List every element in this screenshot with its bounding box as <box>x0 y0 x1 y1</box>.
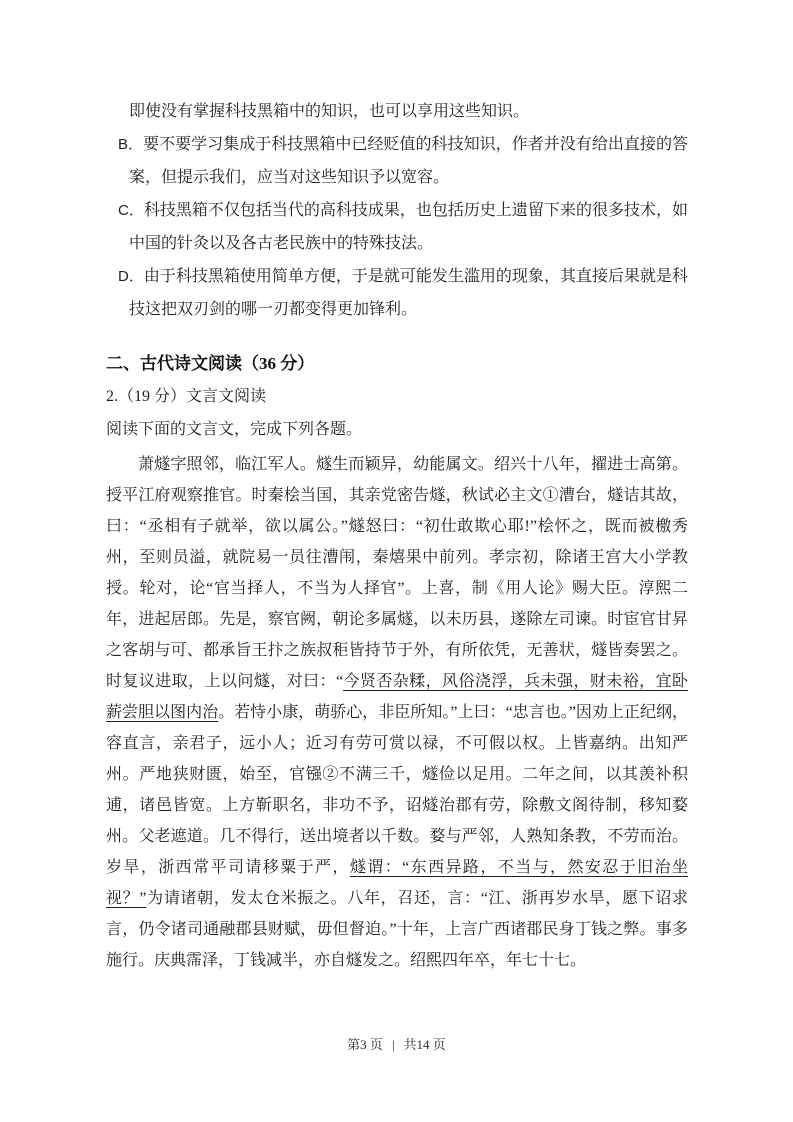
option-d-label: D． <box>118 268 144 285</box>
option-b-label: B． <box>118 136 143 153</box>
passage-segment-1: 萧燧字照邻，临江军人。燧生而颖异，幼能属文。绍兴十八年，擢进士高第。授平江府观察… <box>106 456 688 690</box>
document-page: 即使没有掌握科技黑箱中的知识，也可以享用这些知识。 B．要不要学习集成于科技黑箱… <box>0 0 793 1122</box>
option-c: C．科技黑箱不仅包括当代的高科技成果，也包括历史上遗留下来的很多技术，如中国的针… <box>106 194 688 260</box>
classical-passage: 萧燧字照邻，临江军人。燧生而颖异，幼能属文。绍兴十八年，擢进士高第。授平江府观察… <box>106 449 688 976</box>
page-footer: 第3 页|共14 页 <box>0 1035 793 1055</box>
option-d: D．由于科技黑箱使用简单方便，于是就可能发生滥用的现象，其直接后果就是科技这把双… <box>106 260 688 326</box>
page-number-current: 第3 页 <box>347 1037 383 1052</box>
reading-instruction: 阅读下面的文言文，完成下列各题。 <box>106 413 688 446</box>
footer-separator: | <box>392 1035 395 1055</box>
option-d-text: 由于科技黑箱使用简单方便，于是就可能发生滥用的现象，其直接后果就是科技这把双刃剑… <box>129 268 688 318</box>
passage-segment-2: 。若恃小康，萌骄心，非臣所知。”上曰：“忠言也。”因劝上正纪纲，容直言，亲君子，… <box>106 704 688 876</box>
passage-segment-3: 为请诸朝，发太仓米振之。八年，召还，言：“江、浙再岁水旱，愿下诏求言，仍令诸司通… <box>106 890 688 969</box>
option-b: B．要不要学习集成于科技黑箱中已经贬值的科技知识，作者并没有给出直接的答案，但提… <box>106 128 688 194</box>
option-c-text: 科技黑箱不仅包括当代的高科技成果，也包括历史上遗留下来的很多技术，如中国的针灸以… <box>129 202 688 252</box>
page-number-total: 共14 页 <box>404 1037 446 1052</box>
option-c-label: C． <box>118 202 144 219</box>
option-b-text: 要不要学习集成于科技黑箱中已经贬值的科技知识，作者并没有给出直接的答案，但提示我… <box>129 136 688 186</box>
question-number: 2.（19 分）文言文阅读 <box>106 380 688 413</box>
option-a-continuation: 即使没有掌握科技黑箱中的知识，也可以享用这些知识。 <box>106 95 688 128</box>
page-content: 即使没有掌握科技黑箱中的知识，也可以享用这些知识。 B．要不要学习集成于科技黑箱… <box>0 0 793 976</box>
section-heading: 二、古代诗文阅读（36 分） <box>106 347 688 380</box>
